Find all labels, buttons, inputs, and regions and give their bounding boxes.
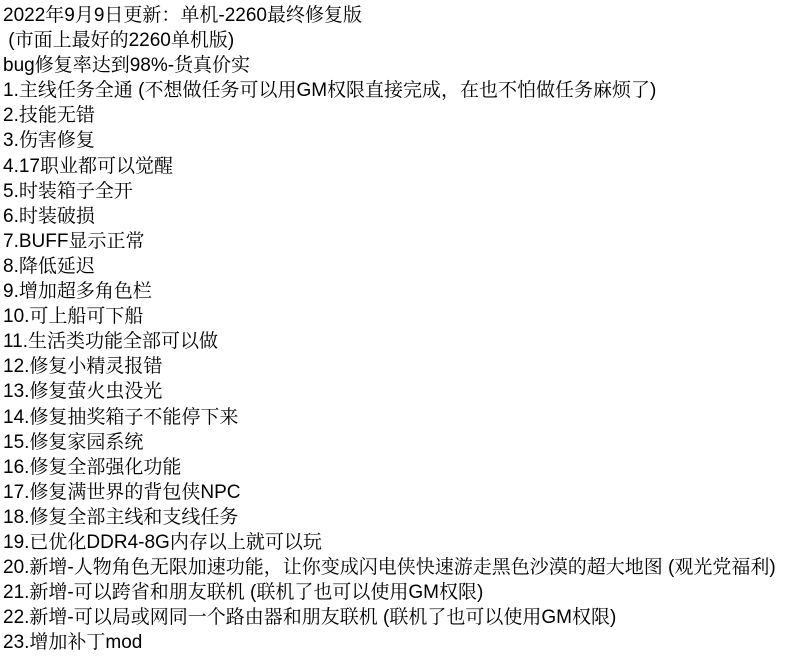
changelog-item-7: 7.BUFF显示正常 (3, 229, 800, 254)
update-title-line: 2022年9月9日更新：单机-2260最终修复版 (3, 3, 800, 28)
changelog-item-12: 12.修复小精灵报错 (3, 354, 800, 379)
changelog-item-4: 4.17职业都可以觉醒 (3, 154, 800, 179)
changelog-item-14: 14.修复抽奖箱子不能停下来 (3, 405, 800, 430)
changelog-item-1: 1.主线任务全通 (不想做任务可以用GM权限直接完成，在也不怕做任务麻烦了) (3, 78, 800, 103)
changelog-item-23: 23.增加补丁mod (3, 630, 800, 655)
changelog-item-17: 17.修复满世界的背包侠NPC (3, 480, 800, 505)
changelog-item-9: 9.增加超多角色栏 (3, 279, 800, 304)
changelog-item-22: 22.新增-可以局或网同一个路由器和朋友联机 (联机了也可以使用GM权限) (3, 605, 800, 630)
changelog-item-16: 16.修复全部强化功能 (3, 455, 800, 480)
changelog-item-15: 15.修复家园系统 (3, 430, 800, 455)
changelog-item-13: 13.修复萤火虫没光 (3, 379, 800, 404)
changelog-item-20: 20.新增-人物角色无限加速功能，让你变成闪电侠快速游走黑色沙漠的超大地图 (观… (3, 555, 800, 580)
changelog-item-11: 11.生活类功能全部可以做 (3, 329, 800, 354)
changelog-item-8: 8.降低延迟 (3, 254, 800, 279)
changelog-item-6: 6.时装破损 (3, 204, 800, 229)
changelog-item-3: 3.伤害修复 (3, 128, 800, 153)
changelog-item-21: 21.新增-可以跨省和朋友联机 (联机了也可以使用GM权限) (3, 580, 800, 605)
changelog-item-18: 18.修复全部主线和支线任务 (3, 505, 800, 530)
changelog-item-2: 2.技能无错 (3, 103, 800, 128)
changelog-item-5: 5.时装箱子全开 (3, 179, 800, 204)
changelog-item-10: 10.可上船可下船 (3, 304, 800, 329)
update-subtitle-line: (市面上最好的2260单机版) (3, 28, 800, 53)
changelog-document: 2022年9月9日更新：单机-2260最终修复版 (市面上最好的2260单机版)… (0, 0, 800, 656)
bug-fix-rate-line: bug修复率达到98%-货真价实 (3, 53, 800, 78)
changelog-item-19: 19.已优化DDR4-8G内存以上就可以玩 (3, 530, 800, 555)
